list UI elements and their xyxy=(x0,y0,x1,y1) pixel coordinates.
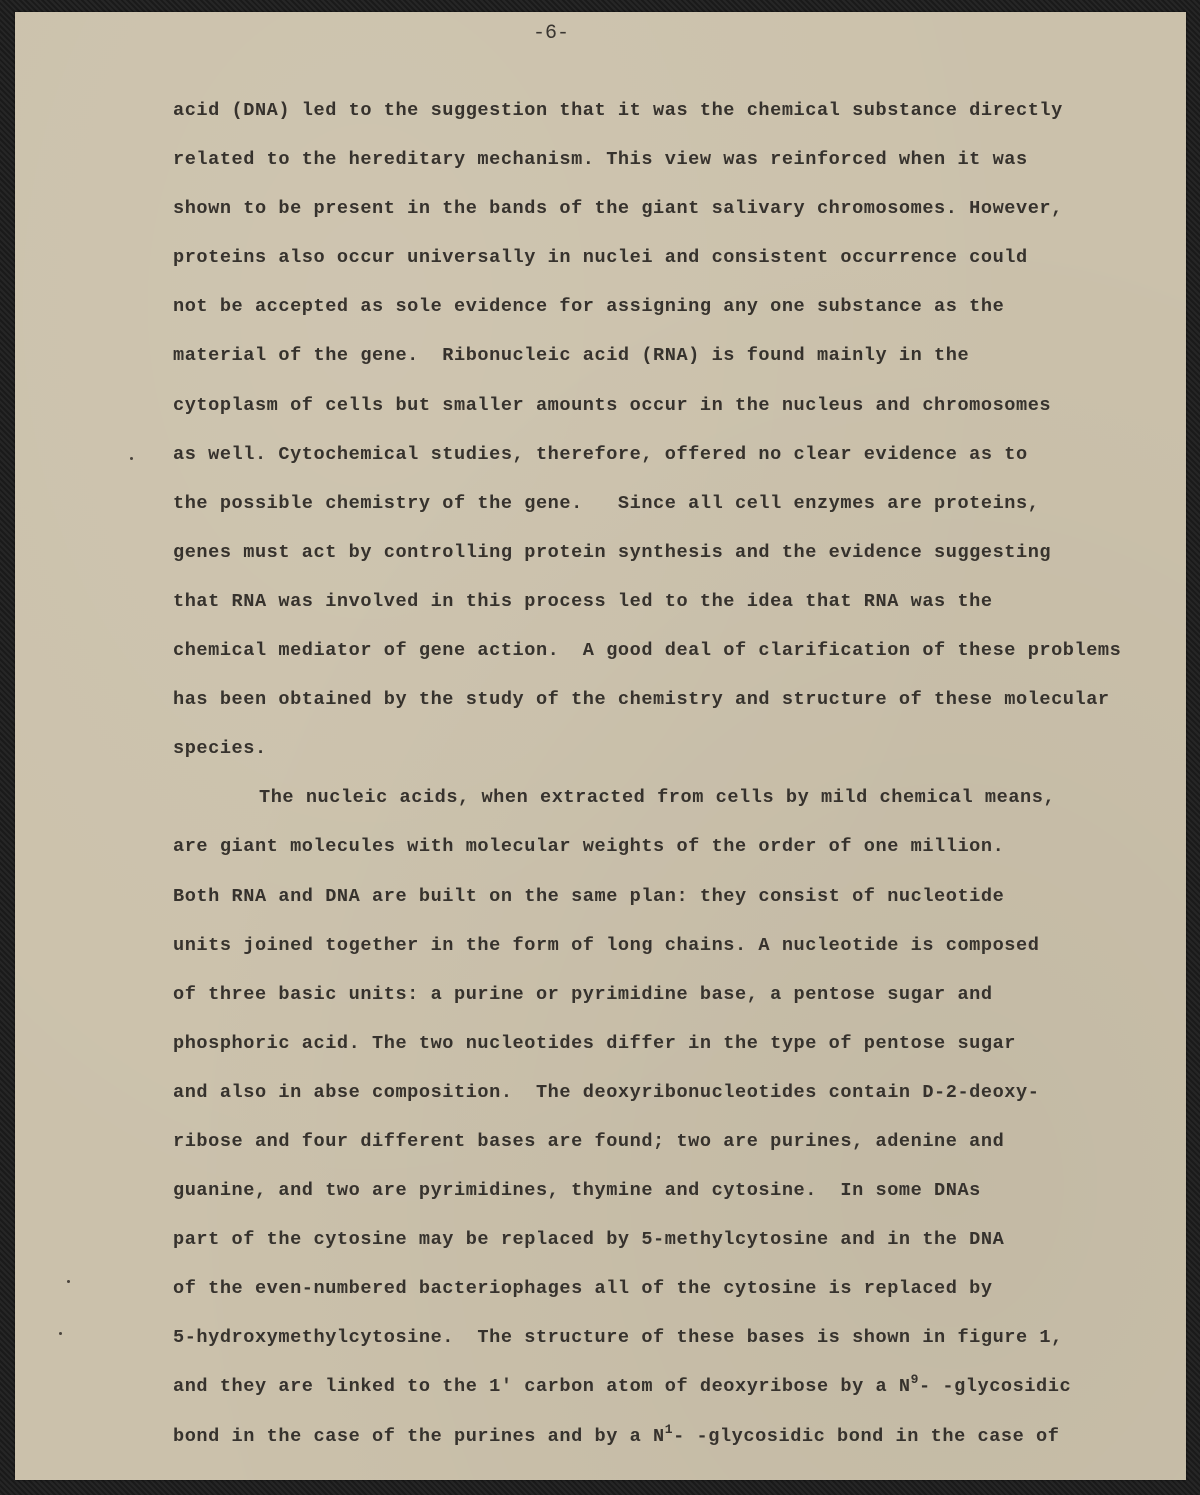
text-line: shown to be present in the bands of the … xyxy=(173,184,1183,233)
text-line: of three basic units: a purine or pyrimi… xyxy=(173,970,1183,1019)
text-line: acid (DNA) led to the suggestion that it… xyxy=(173,86,1183,135)
text-line: material of the gene. Ribonucleic acid (… xyxy=(173,331,1183,380)
text-line: guanine, and two are pyrimidines, thymin… xyxy=(173,1166,1183,1215)
text-line: and also in abse composition. The deoxyr… xyxy=(173,1068,1183,1117)
text-line: related to the hereditary mechanism. Thi… xyxy=(173,135,1183,184)
text-line: species. xyxy=(173,724,1183,773)
text-segment: - -glycosidic bond in the case of xyxy=(673,1426,1059,1447)
text-line-with-superscript: bond in the case of the purines and by a… xyxy=(173,1412,1183,1461)
text-segment: bond in the case of the purines and by a… xyxy=(173,1426,665,1447)
text-line: has been obtained by the study of the ch… xyxy=(173,675,1183,724)
text-line: chemical mediator of gene action. A good… xyxy=(173,626,1183,675)
text-line: proteins also occur universally in nucle… xyxy=(173,233,1183,282)
typewritten-page: -6- acid (DNA) led to the suggestion tha… xyxy=(15,12,1186,1480)
text-line: not be accepted as sole evidence for ass… xyxy=(173,282,1183,331)
text-line: phosphoric acid. The two nucleotides dif… xyxy=(173,1019,1183,1068)
text-segment: - -glycosidic xyxy=(919,1376,1071,1397)
text-line: that RNA was involved in this process le… xyxy=(173,577,1183,626)
text-line: cytoplasm of cells but smaller amounts o… xyxy=(173,381,1183,430)
text-line: are giant molecules with molecular weigh… xyxy=(173,822,1183,871)
text-line: as well. Cytochemical studies, therefore… xyxy=(173,430,1183,479)
text-line: ribose and four different bases are foun… xyxy=(173,1117,1183,1166)
text-line: genes must act by controlling protein sy… xyxy=(173,528,1183,577)
text-line-with-superscript: and they are linked to the 1' carbon ato… xyxy=(173,1362,1183,1411)
paragraph-start-line: The nucleic acids, when extracted from c… xyxy=(173,773,1183,822)
superscript: 9 xyxy=(911,1372,919,1387)
text-line: the possible chemistry of the gene. Sinc… xyxy=(173,479,1183,528)
text-line: of the even-numbered bacteriophages all … xyxy=(173,1264,1183,1313)
page-number: -6- xyxy=(533,22,569,45)
paper-speck xyxy=(67,1280,70,1283)
text-line: part of the cytosine may be replaced by … xyxy=(173,1215,1183,1264)
paper-speck xyxy=(130,457,133,460)
text-line: units joined together in the form of lon… xyxy=(173,921,1183,970)
text-segment: and they are linked to the 1' carbon ato… xyxy=(173,1376,911,1397)
paper-speck xyxy=(59,1332,62,1335)
superscript: 1 xyxy=(665,1422,673,1437)
body-text: acid (DNA) led to the suggestion that it… xyxy=(173,86,1183,1461)
text-line: 5-hydroxymethylcytosine. The structure o… xyxy=(173,1313,1183,1362)
text-line: Both RNA and DNA are built on the same p… xyxy=(173,872,1183,921)
